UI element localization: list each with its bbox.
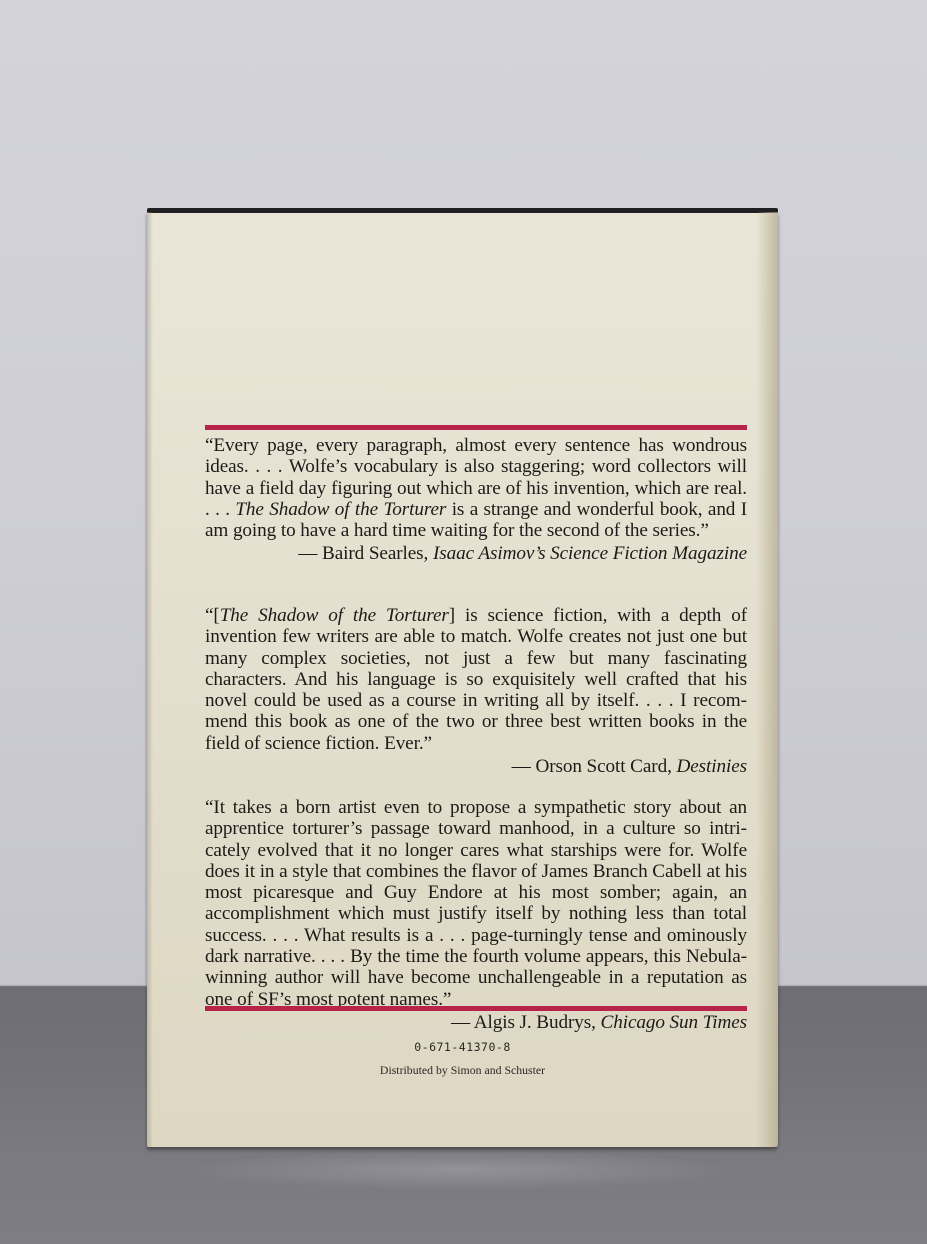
quote-attribution: — Algis J. Budrys, Chicago Sun Times <box>205 1012 747 1033</box>
quote-text: “Every page, every paragraph, almost eve… <box>205 435 747 541</box>
reviewer-name: — Orson Scott Card, <box>512 756 677 777</box>
quote-attribution: — Orson Scott Card, Destinies <box>205 756 747 777</box>
publication-name: Chicago Sun Times <box>601 1012 747 1033</box>
publication-name: Destinies <box>676 756 747 777</box>
table-reflection <box>180 1150 740 1190</box>
bottom-red-rule <box>205 1006 747 1011</box>
reviewer-name: — Algis J. Budrys, <box>451 1012 601 1033</box>
publication-name: Isaac Asimov’s Science Fiction Magazine <box>433 543 747 564</box>
book-back-cover: “Every page, every paragraph, almost eve… <box>147 212 778 1147</box>
review-quote-2: “[The Shadow of the Torturer] is science… <box>205 605 747 777</box>
review-quote-1: “Every page, every paragraph, almost eve… <box>205 435 747 565</box>
isbn-number: 0-671-41370-8 <box>147 1040 778 1054</box>
quote-attribution: — Baird Searles, Isaac Asimov’s Science … <box>205 543 747 564</box>
top-red-rule <box>205 425 747 430</box>
review-quote-3: “It takes a born artist even to propose … <box>205 797 747 1033</box>
distributor-line: Distributed by Simon and Schuster <box>147 1063 778 1078</box>
quote-text: “[The Shadow of the Torturer] is science… <box>205 605 747 754</box>
quote-text: “It takes a born artist even to propose … <box>205 797 747 1010</box>
reviewer-name: — Baird Searles, <box>298 543 433 564</box>
jacket-left-edge <box>147 212 153 1147</box>
